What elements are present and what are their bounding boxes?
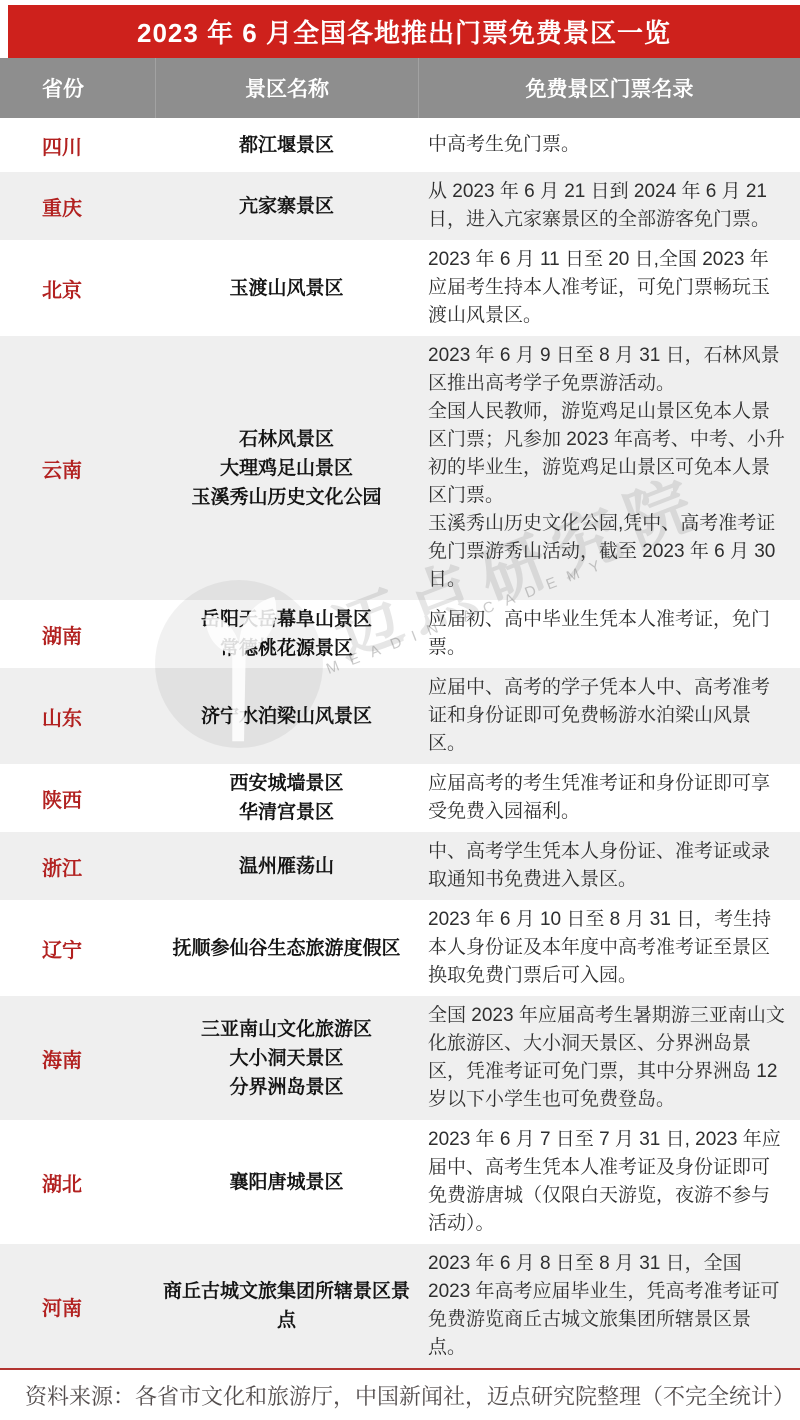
col-header-scenic-name: 景区名称	[155, 58, 418, 118]
infographic-page: 2023 年 6 月全国各地推出门票免费景区一览 省份 景区名称 免费景区门票名…	[0, 0, 800, 1420]
scenic-area-name: 抚顺参仙谷生态旅游度假区	[161, 934, 412, 963]
source-note: 资料来源：各省市文化和旅游厅，中国新闻社，迈点研究院整理（不完全统计）	[0, 1370, 800, 1420]
province-label: 重庆	[0, 192, 155, 221]
table-row: 北京玉渡山风景区2023 年 6 月 11 日至 20 日,全国 2023 年应…	[0, 240, 800, 336]
free-ticket-policy: 应届中、高考的学子凭本人中、高考准考证和身份证即可免费畅游水泊梁山风景区。	[418, 672, 800, 760]
scenic-area-name: 济宁水泊梁山风景区	[161, 702, 412, 731]
free-ticket-policy: 中高考生免门票。	[418, 129, 800, 161]
province-label: 湖北	[0, 1168, 155, 1197]
policy-text: 应届初、高中毕业生凭本人准考证，免门票。	[428, 606, 786, 662]
table-row: 山东济宁水泊梁山风景区应届中、高考的学子凭本人中、高考准考证和身份证即可免费畅游…	[0, 668, 800, 764]
table-row: 湖南岳阳天岳幕阜山景区常德桃花源景区应届初、高中毕业生凭本人准考证，免门票。	[0, 600, 800, 668]
policy-text: 应届高考的考生凭准考证和身份证即可享受免费入园福利。	[428, 770, 786, 826]
table-row: 河南商丘古城文旅集团所辖景区景点2023 年 6 月 8 日至 8 月 31 日…	[0, 1244, 800, 1368]
table-row: 重庆亢家寨景区从 2023 年 6 月 21 日到 2024 年 6 月 21 …	[0, 172, 800, 240]
free-ticket-policy: 应届初、高中毕业生凭本人准考证，免门票。	[418, 604, 800, 664]
policy-text: 玉溪秀山历史文化公园,凭中、高考准考证免门票游秀山活动，截至 2023 年 6 …	[428, 510, 786, 594]
province-label: 山东	[0, 702, 155, 731]
scenic-area-names: 岳阳天岳幕阜山景区常德桃花源景区	[155, 605, 418, 663]
scenic-area-name: 石林风景区	[161, 425, 412, 454]
scenic-area-names: 西安城墙景区华清宫景区	[155, 769, 418, 827]
policy-text: 中、高考学生凭本人身份证、准考证或录取通知书免费进入景区。	[428, 838, 786, 894]
free-ticket-policy: 中、高考学生凭本人身份证、准考证或录取通知书免费进入景区。	[418, 836, 800, 896]
scenic-area-name: 常德桃花源景区	[161, 634, 412, 663]
free-ticket-policy: 2023 年 6 月 9 日至 8 月 31 日，石林风景区推出高考学子免票游活…	[418, 340, 800, 596]
free-ticket-policy: 从 2023 年 6 月 21 日到 2024 年 6 月 21 日，进入亢家寨…	[418, 176, 800, 236]
scenic-area-name: 温州雁荡山	[161, 852, 412, 881]
title-bar: 2023 年 6 月全国各地推出门票免费景区一览	[8, 5, 800, 58]
scenic-area-name: 华清宫景区	[161, 798, 412, 827]
province-label: 陕西	[0, 784, 155, 813]
free-ticket-policy: 2023 年 6 月 8 日至 8 月 31 日，全国 2023 年高考应届毕业…	[418, 1248, 800, 1364]
free-ticket-policy: 2023 年 6 月 10 日至 8 月 31 日，考生持本人身份证及本年度中高…	[418, 904, 800, 992]
table-row: 四川都江堰景区中高考生免门票。	[0, 118, 800, 172]
province-label: 河南	[0, 1292, 155, 1321]
policy-text: 2023 年 6 月 9 日至 8 月 31 日，石林风景区推出高考学子免票游活…	[428, 342, 786, 398]
province-label: 湖南	[0, 620, 155, 649]
scenic-area-names: 都江堰景区	[155, 131, 418, 160]
scenic-area-names: 玉渡山风景区	[155, 274, 418, 303]
scenic-area-names: 三亚南山文化旅游区大小洞天景区分界洲岛景区	[155, 1015, 418, 1102]
scenic-area-name: 都江堰景区	[161, 131, 412, 160]
page-title: 2023 年 6 月全国各地推出门票免费景区一览	[137, 13, 671, 50]
province-label: 辽宁	[0, 934, 155, 963]
scenic-area-name: 玉溪秀山历史文化公园	[161, 483, 412, 512]
scenic-area-name: 岳阳天岳幕阜山景区	[161, 605, 412, 634]
table-row: 云南石林风景区大理鸡足山景区玉溪秀山历史文化公园2023 年 6 月 9 日至 …	[0, 336, 800, 600]
free-ticket-policy: 2023 年 6 月 7 日至 7 月 31 日, 2023 年应届中、高考生凭…	[418, 1124, 800, 1240]
scenic-areas-table: 省份 景区名称 免费景区门票名录 四川都江堰景区中高考生免门票。重庆亢家寨景区从…	[0, 58, 800, 1368]
table-header-row: 省份 景区名称 免费景区门票名录	[0, 58, 800, 118]
policy-text: 2023 年 6 月 10 日至 8 月 31 日，考生持本人身份证及本年度中高…	[428, 906, 786, 990]
scenic-area-names: 抚顺参仙谷生态旅游度假区	[155, 934, 418, 963]
free-ticket-policy: 全国 2023 年应届高考生暑期游三亚南山文化旅游区、大小洞天景区、分界洲岛景区…	[418, 1000, 800, 1116]
scenic-area-names: 济宁水泊梁山风景区	[155, 702, 418, 731]
scenic-area-name: 商丘古城文旅集团所辖景区景点	[161, 1277, 412, 1335]
scenic-area-names: 石林风景区大理鸡足山景区玉溪秀山历史文化公园	[155, 425, 418, 512]
table-body: 四川都江堰景区中高考生免门票。重庆亢家寨景区从 2023 年 6 月 21 日到…	[0, 118, 800, 1368]
scenic-area-names: 襄阳唐城景区	[155, 1168, 418, 1197]
table-row: 海南三亚南山文化旅游区大小洞天景区分界洲岛景区全国 2023 年应届高考生暑期游…	[0, 996, 800, 1120]
scenic-area-name: 分界洲岛景区	[161, 1073, 412, 1102]
province-label: 北京	[0, 274, 155, 303]
policy-text: 中高考生免门票。	[428, 131, 786, 159]
policy-text: 全国 2023 年应届高考生暑期游三亚南山文化旅游区、大小洞天景区、分界洲岛景区…	[428, 1002, 786, 1114]
col-header-free-ticket-list: 免费景区门票名录	[418, 58, 800, 118]
province-label: 浙江	[0, 852, 155, 881]
scenic-area-name: 亢家寨景区	[161, 192, 412, 221]
scenic-area-name: 三亚南山文化旅游区	[161, 1015, 412, 1044]
free-ticket-policy: 应届高考的考生凭准考证和身份证即可享受免费入园福利。	[418, 768, 800, 828]
scenic-area-names: 温州雁荡山	[155, 852, 418, 881]
policy-text: 应届中、高考的学子凭本人中、高考准考证和身份证即可免费畅游水泊梁山风景区。	[428, 674, 786, 758]
table-row: 辽宁抚顺参仙谷生态旅游度假区2023 年 6 月 10 日至 8 月 31 日，…	[0, 900, 800, 996]
province-label: 四川	[0, 131, 155, 160]
province-label: 云南	[0, 454, 155, 483]
col-header-province: 省份	[0, 73, 155, 103]
scenic-area-names: 商丘古城文旅集团所辖景区景点	[155, 1277, 418, 1335]
scenic-area-names: 亢家寨景区	[155, 192, 418, 221]
table-row: 陕西西安城墙景区华清宫景区应届高考的考生凭准考证和身份证即可享受免费入园福利。	[0, 764, 800, 832]
policy-text: 全国人民教师，游览鸡足山景区免本人景区门票；凡参加 2023 年高考、中考、小升…	[428, 398, 786, 510]
scenic-area-name: 玉渡山风景区	[161, 274, 412, 303]
table-row: 湖北襄阳唐城景区2023 年 6 月 7 日至 7 月 31 日, 2023 年…	[0, 1120, 800, 1244]
policy-text: 2023 年 6 月 8 日至 8 月 31 日，全国 2023 年高考应届毕业…	[428, 1250, 786, 1362]
scenic-area-name: 西安城墙景区	[161, 769, 412, 798]
scenic-area-name: 大理鸡足山景区	[161, 454, 412, 483]
free-ticket-policy: 2023 年 6 月 11 日至 20 日,全国 2023 年应届考生持本人准考…	[418, 244, 800, 332]
scenic-area-name: 大小洞天景区	[161, 1044, 412, 1073]
policy-text: 2023 年 6 月 7 日至 7 月 31 日, 2023 年应届中、高考生凭…	[428, 1126, 786, 1238]
policy-text: 2023 年 6 月 11 日至 20 日,全国 2023 年应届考生持本人准考…	[428, 246, 786, 330]
province-label: 海南	[0, 1044, 155, 1073]
scenic-area-name: 襄阳唐城景区	[161, 1168, 412, 1197]
policy-text: 从 2023 年 6 月 21 日到 2024 年 6 月 21 日，进入亢家寨…	[428, 178, 786, 234]
table-row: 浙江温州雁荡山中、高考学生凭本人身份证、准考证或录取通知书免费进入景区。	[0, 832, 800, 900]
